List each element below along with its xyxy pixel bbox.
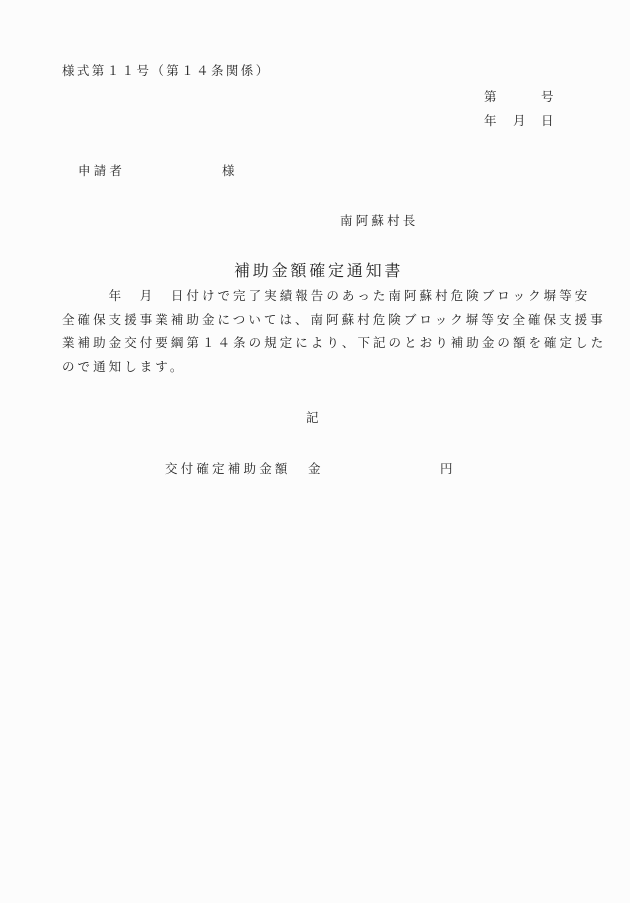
body-line: 全確保支援事業補助金については、南阿蘇村危険ブロック塀等安全確保支援事	[62, 308, 592, 332]
body-line: 年 月 日付けで完了実績報告のあった南阿蘇村危険ブロック塀等安	[62, 284, 592, 308]
date-year: 年	[484, 111, 500, 129]
applicant-label: 申請者	[78, 161, 125, 179]
doc-number-suffix: 号	[541, 87, 557, 105]
doc-number-prefix: 第	[484, 87, 500, 105]
applicant-honorific: 様	[222, 161, 238, 179]
issuer-name: 南阿蘇村長	[340, 211, 419, 229]
date-month: 月	[513, 111, 529, 129]
form-number: 様式第１１号（第１４条関係）	[62, 61, 271, 79]
amount-label: 交付確定補助金額	[165, 459, 291, 477]
body-line: ので通知します。	[62, 355, 592, 379]
body-line: 業補助金交付要綱第１４条の規定により、下記のとおり補助金の額を確定した	[62, 331, 592, 355]
ki-heading: 記	[306, 408, 322, 426]
document-title: 補助金額確定通知書	[234, 258, 403, 281]
body-paragraph: 年 月 日付けで完了実績報告のあった南阿蘇村危険ブロック塀等安 全確保支援事業補…	[62, 284, 592, 378]
date-day: 日	[541, 111, 557, 129]
amount-kin: 金	[308, 459, 324, 477]
amount-yen: 円	[440, 459, 456, 477]
